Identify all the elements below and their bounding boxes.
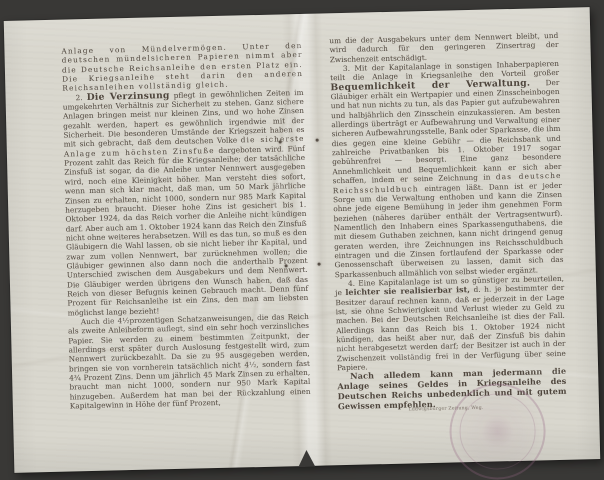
text-column-left: Anlage von Mündelvermögen. Unter den deu… [61, 41, 311, 411]
body-text: Auch die 4½prozentigen Schatzanweisungen… [68, 312, 311, 411]
paragraph: 4. Eine Kapitalanlage ist um so günstige… [335, 274, 566, 373]
staple-hole [285, 264, 288, 267]
staple-hole [318, 263, 321, 266]
text-column-right: um die der Ausgabekurs unter dem Nennwer… [329, 31, 567, 412]
body-text: dargeboten wird. Fünf Prozent zahlt das … [64, 144, 308, 317]
staple-hole [316, 139, 319, 142]
body-text: Der Gläubiger erhält ein Wertpapier und … [331, 78, 562, 186]
rubber-stamp [448, 382, 546, 480]
paragraph: 3. Mit der Kapitalanlage in sonstigen In… [330, 59, 564, 279]
staple-holes [4, 7, 590, 21]
paragraph: Auch die 4½prozentigen Schatzanweisungen… [68, 312, 311, 411]
body-text: 2. [75, 93, 86, 102]
staple-hole [279, 140, 282, 143]
body-text: eintragen läßt. Dann ist er jeder Sorge … [333, 180, 564, 278]
scan-background: Anlage von Mündelvermögen. Unter den deu… [0, 0, 604, 480]
spaced-text: Anlage von Mündelvermögen. Unter den deu… [61, 41, 303, 93]
body-text: d. h. je bestimmter der Besitzer darauf … [335, 283, 565, 372]
paragraph: Anlage von Mündelvermögen. Unter den deu… [61, 41, 303, 93]
document-page: Anlage von Mündelvermögen. Unter den deu… [4, 7, 600, 473]
fold-notch [298, 450, 315, 467]
paragraph: 2. Die Verzinsung pflegt in gewöhnlichen… [62, 88, 308, 318]
